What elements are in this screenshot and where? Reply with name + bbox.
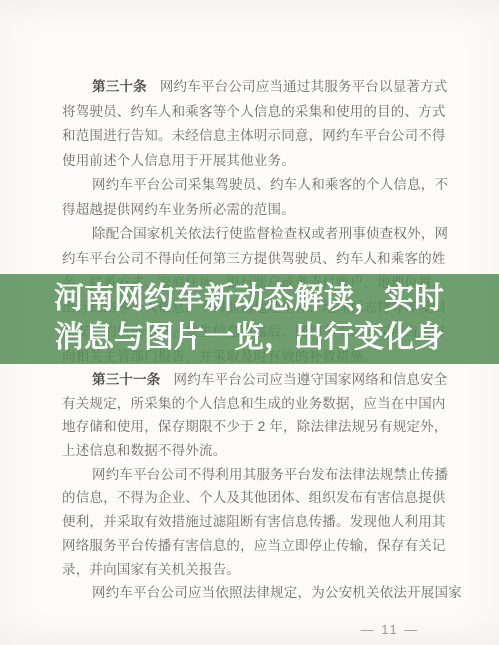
doc-line: 地存储和使用，保存期限不少于 2 年，除法律法规另有规定外， bbox=[62, 415, 442, 439]
doc-line: 使用前述个人信息用于开展其他业务。 bbox=[62, 149, 442, 174]
article-number: 第三十条 bbox=[92, 79, 147, 94]
headline-banner: 河南网约车新动态解读，实时 消息与图片一览，出行变化身 bbox=[0, 274, 499, 364]
doc-line: 得超越提供网约车业务所必需的范围。 bbox=[62, 198, 442, 223]
doc-line: 第三十条网约车平台公司应当通过其服务平台以显著方式 bbox=[62, 75, 442, 100]
headline-line-2: 消息与图片一览，出行变化身 bbox=[54, 318, 499, 357]
doc-line: 上述信息和数据不得外流。 bbox=[62, 439, 442, 463]
doc-line: 便利，并采取有效措施过滤阻断有害信息传播。发现他人利用其 bbox=[62, 510, 442, 534]
article-number: 第三十一条 bbox=[92, 372, 161, 387]
doc-line: 将驾驶员、约车人和乘客等个人信息的采集和使用的目的、方式 bbox=[62, 100, 442, 125]
doc-line-text: 网约车平台公司应当遵守国家网络和信息安全 bbox=[174, 372, 448, 387]
doc-line: 网约车平台公司不得利用其服务平台发布法律法规禁止传播 bbox=[62, 463, 442, 487]
doc-line: 第三十一条网约车平台公司应当遵守国家网络和信息安全 bbox=[62, 368, 442, 392]
doc-line-text: 网约车平台公司应当通过其服务平台以显著方式 bbox=[160, 79, 448, 94]
document-text-block-lower: 第三十一条网约车平台公司应当遵守国家网络和信息安全 有关规定，所采集的个人信息和… bbox=[62, 368, 442, 605]
document-page: 第三十条网约车平台公司应当通过其服务平台以显著方式 将驾驶员、约车人和乘客等个人… bbox=[0, 0, 499, 645]
doc-line: 录，并向国家有关机关报告。 bbox=[62, 558, 442, 582]
doc-line: 的信息，不得为企业、个人及其他团体、组织发布有害信息提供 bbox=[62, 486, 442, 510]
doc-line: 网络服务平台传播有害信息的，应当立即停止传输，保存有关记 bbox=[62, 534, 442, 558]
page-number: — 11 — bbox=[335, 622, 445, 637]
doc-line: 网约车平台公司应当依照法律规定，为公安机关依法开展国家 bbox=[62, 581, 442, 605]
doc-line: 约车平台公司不得向任何第三方提供驾驶员、约车人和乘客的姓 bbox=[62, 247, 442, 272]
doc-line: 和范围进行告知。未经信息主体明示同意，网约车平台公司不得 bbox=[62, 124, 442, 149]
doc-line: 网约车平台公司采集驾驶员、约车人和乘客的个人信息，不 bbox=[62, 173, 442, 198]
doc-line: 除配合国家机关依法行使监督检查权或者刑事侦查权外，网 bbox=[62, 222, 442, 247]
doc-line: 有关规定，所采集的个人信息和生成的业务数据，应当在中国内 bbox=[62, 392, 442, 416]
headline-line-1: 河南网约车新动态解读，实时 bbox=[54, 279, 499, 318]
